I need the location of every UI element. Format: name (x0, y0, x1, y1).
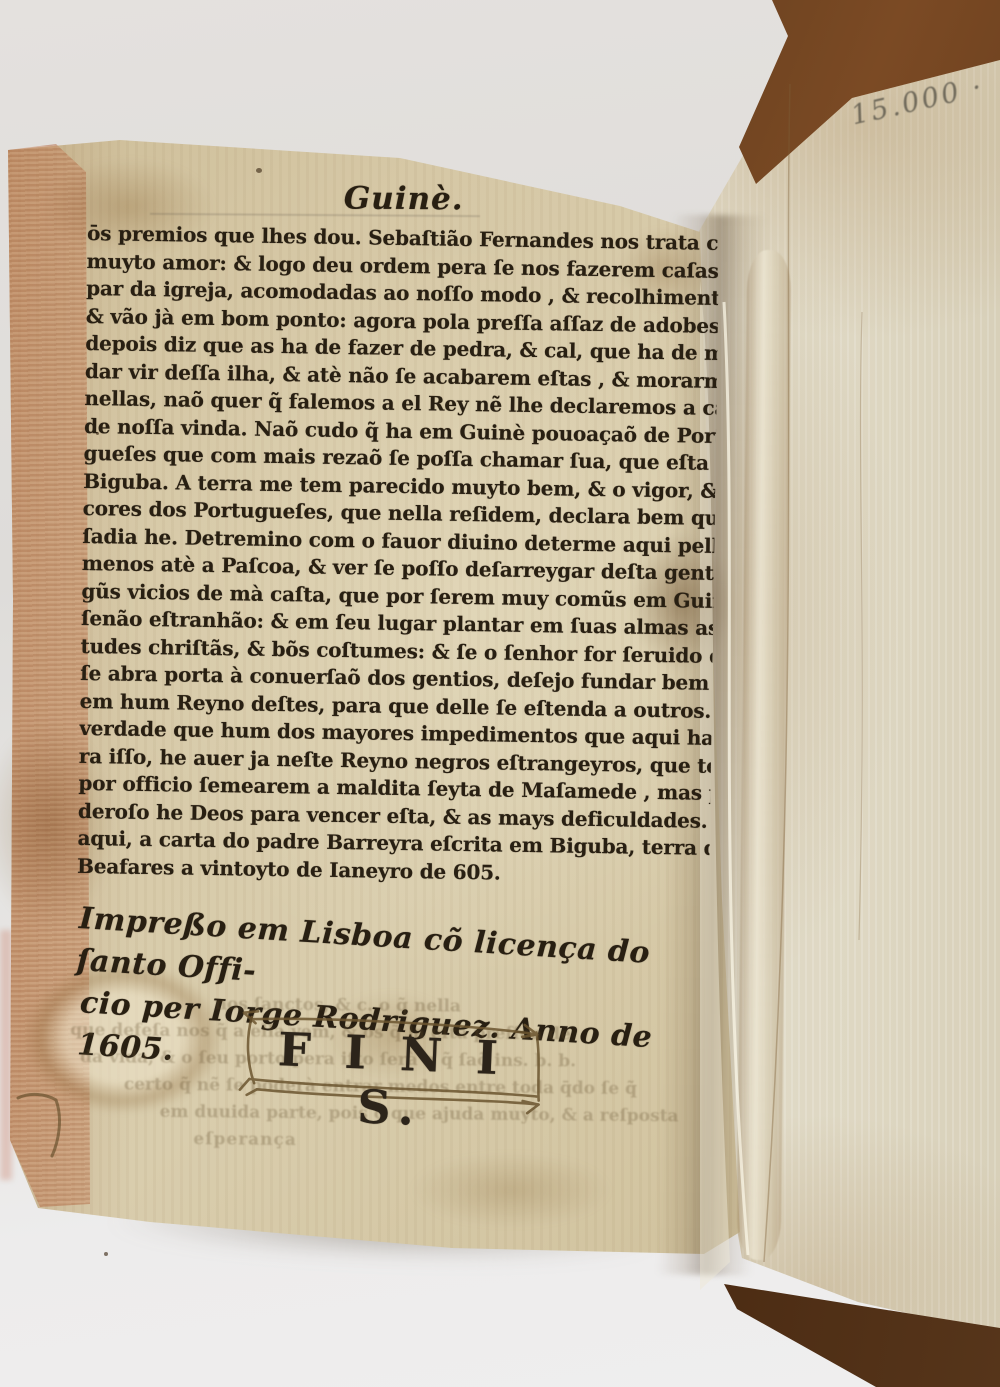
facing-page-creases (690, 50, 1000, 1340)
book-photograph: 15.000 · Guinè. ōs premios que lhes dou.… (0, 0, 1000, 1387)
text-block: Guinè. ōs premios que lhes dou. Sebaſtiã… (74, 176, 720, 1076)
sprinkled-edge-tint (0, 930, 12, 1180)
running-head: Guinè. (88, 179, 720, 219)
finis-label: F I N I S. (231, 1020, 551, 1141)
body-text: ōs premios que lhes dou. Sebaſtião Ferna… (77, 220, 719, 890)
ink-speck (104, 1252, 108, 1256)
finis-cartouche: F I N I S. (232, 1004, 566, 1117)
ink-speck (256, 168, 262, 173)
